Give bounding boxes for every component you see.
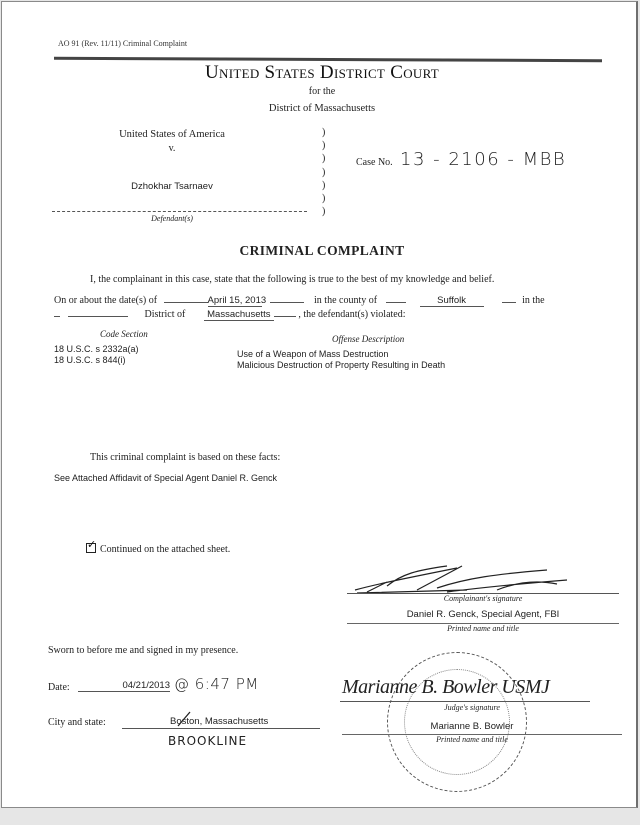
facts-text: See Attached Affidavit of Special Agent … [54, 473, 277, 483]
code-section-header: Code Section [100, 329, 148, 339]
court-name: United States District Court [2, 62, 640, 84]
city-state-label: City and state: [48, 717, 106, 728]
judge-signature-label: Judge's signature [392, 703, 552, 712]
judge-name: Marianne B. Bowler [392, 721, 552, 732]
complainant-name-label: Printed name and title [347, 624, 619, 633]
blank-line [54, 316, 60, 317]
judge-signature-line [340, 701, 590, 702]
defendant-name: Dzhokhar Tsarnaev [102, 181, 242, 192]
complainant-signature [347, 560, 597, 596]
case-number-label: Case No. [356, 157, 393, 168]
sworn-statement: Sworn to before me and signed in my pres… [48, 645, 238, 656]
blank-line [164, 302, 208, 303]
strikethrough-mark [174, 710, 194, 728]
county-prefix: in the county of [314, 295, 377, 306]
for-the: for the [2, 86, 640, 97]
county: Suffolk [420, 295, 484, 307]
complainant-name-title: Daniel R. Genck, Special Agent, FBI [347, 609, 619, 620]
form-id: AO 91 (Rev. 11/11) Criminal Complaint [58, 39, 187, 48]
statement-date-row: On or about the date(s) of April 15, 201… [54, 295, 545, 307]
in-the: in the [522, 295, 545, 306]
blank-line [68, 316, 128, 317]
document-page: AO 91 (Rev. 11/11) Criminal Complaint Un… [1, 1, 638, 808]
statement-district-row: District of Massachusetts , the defendan… [54, 309, 406, 321]
case-number-handwritten: 13 - 2106 - MBB [400, 149, 566, 170]
plaintiff: United States of America [102, 129, 242, 140]
offense-description: Use of a Weapon of Mass Destruction [237, 349, 445, 360]
continued-label: Continued on the attached sheet. [100, 544, 230, 555]
continued-checkbox[interactable] [86, 543, 96, 553]
facts-label: This criminal complaint is based on thes… [90, 452, 280, 463]
district: Massachusetts [204, 309, 274, 321]
offense-description-header: Offense Description [332, 334, 404, 344]
sworn-date: 04/21/2013 [78, 680, 170, 692]
sworn-date-label: Date: [48, 682, 70, 693]
city-handwritten: BROOKLINE [168, 734, 247, 748]
violated-text: , the defendant(s) violated: [298, 309, 405, 320]
district-prefix: District of [145, 309, 186, 320]
statement-intro: I, the complainant in this case, state t… [90, 274, 494, 285]
offense-description: Malicious Destruction of Property Result… [237, 360, 445, 371]
judge-signature-handwritten: Marianne B. Bowler USMJ [342, 676, 549, 699]
blank-line [270, 302, 304, 303]
code-section: 18 U.S.C. s 844(i) [54, 355, 139, 366]
defendant-line [52, 211, 307, 212]
date-prefix: On or about the date(s) of [54, 295, 157, 306]
blank-line [502, 302, 516, 303]
blank-line [274, 316, 296, 317]
blank-line [386, 302, 406, 303]
sworn-time-handwritten: @ 6:47 PM [174, 675, 259, 693]
document-title: CRIMINAL COMPLAINT [2, 243, 640, 259]
complainant-signature-label: Complainant's signature [347, 594, 619, 603]
judge-name-label: Printed name and title [392, 735, 552, 744]
continued-row: Continued on the attached sheet. [86, 543, 230, 555]
city-state-line [122, 728, 320, 729]
code-section-list: 18 U.S.C. s 2332a(a) 18 U.S.C. s 844(i) [54, 344, 139, 366]
court-district: District of Massachusetts [2, 103, 640, 114]
caption-parens: ) ) ) ) ) ) ) [322, 126, 325, 218]
offense-description-list: Use of a Weapon of Mass Destruction Mali… [237, 349, 445, 371]
code-section: 18 U.S.C. s 2332a(a) [54, 344, 139, 355]
versus: v. [102, 143, 242, 154]
offense-date: April 15, 2013 [208, 295, 262, 307]
defendant-label: Defendant(s) [102, 214, 242, 223]
